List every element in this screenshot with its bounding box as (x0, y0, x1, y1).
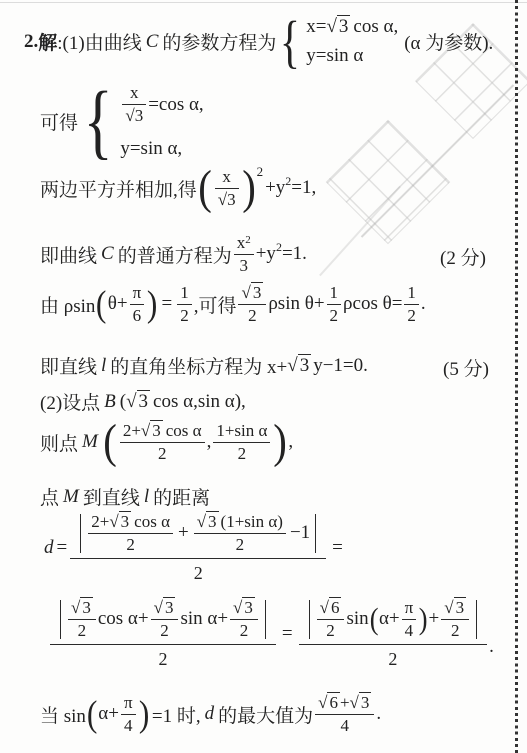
fraction: π4 (121, 694, 136, 735)
equation-x: x=√3cos α, (306, 16, 398, 38)
math-text: , (207, 431, 212, 453)
sqrt: √3 (197, 511, 219, 531)
radicand: 3 (135, 106, 144, 125)
paren: ) (147, 289, 157, 320)
math-text: 由 ρsin (40, 291, 95, 318)
var-d: d (205, 703, 215, 725)
derived-system: { x√3 =cos α, y=sin α, (78, 82, 204, 162)
math-text: =cos α, (148, 94, 204, 116)
radicand: 3 (359, 692, 372, 712)
numerator: π (402, 599, 417, 619)
superscript: 2 (285, 174, 291, 189)
radicand: 3 (137, 390, 151, 412)
math-text: = (57, 537, 68, 559)
fraction: π4 (402, 599, 417, 640)
sqrt: √6 (320, 597, 342, 617)
math-text: x (237, 233, 246, 252)
paren: ) (242, 168, 256, 209)
fraction: 12 (404, 284, 419, 325)
page-edge-dotted-line (515, 0, 518, 753)
math-text: ρsin θ+ (268, 293, 324, 315)
sqrt: √3 (444, 597, 466, 617)
math-text: . (489, 636, 494, 658)
sqrt-sign: √ (154, 598, 163, 617)
superscript: 2 (276, 240, 282, 255)
radicand: 3 (242, 597, 255, 617)
paren: ) (274, 422, 288, 463)
brace: { (84, 82, 113, 162)
math-text: (1+sin α) (221, 512, 283, 531)
abs-bar (476, 600, 477, 639)
denominator: 2 (88, 533, 173, 554)
parenthesized-expression: ( α+π4 ) (369, 599, 429, 640)
fraction: 2+√3cos α2 (120, 422, 205, 463)
radicand: 3 (206, 511, 219, 531)
abs-bar (309, 600, 310, 639)
numerator: √3 (238, 284, 266, 304)
line-point-b: (2)设点B(√3cos α,sin α), (40, 388, 246, 415)
numerator: 1 (404, 284, 419, 304)
var-B: B (104, 391, 116, 413)
fraction: x√3 (215, 168, 239, 209)
score-text: (5 分) (443, 354, 489, 381)
fraction: √62 (317, 599, 345, 640)
paren: ( (87, 699, 97, 730)
sqrt: √3 (126, 391, 150, 413)
absolute-value: √32 cos α+ √32 sin α+ √32 (55, 599, 271, 640)
radicand: 3 (119, 511, 132, 531)
line-problem-setup: 2.解:(1)由曲线C的参数方程为 { x=√3cos α, y=sin α (… (24, 14, 493, 69)
math-text: ,可得 (194, 291, 237, 318)
sqrt-sign: √ (109, 512, 118, 531)
math-text: . (376, 703, 381, 725)
numerator: √3 (68, 599, 96, 619)
fraction: √32 (230, 599, 258, 640)
paren: ( (103, 422, 117, 463)
radicand: 3 (454, 597, 467, 617)
sqrt-sign: √ (71, 598, 80, 617)
denominator: 2 (213, 442, 270, 463)
sqrt: √3 (233, 597, 255, 617)
var-M: M (82, 431, 98, 453)
sqrt: √3 (350, 692, 372, 712)
score-marker-5: (5 分) (443, 354, 489, 381)
var-l: l (101, 355, 106, 377)
fraction: √32 (68, 599, 96, 640)
denominator: 2 (50, 644, 276, 670)
line-derived-system: 可得 { x√3 =cos α, y=sin α, (40, 82, 204, 162)
denominator: 2 (299, 644, 488, 670)
sqrt-sign: √ (287, 355, 297, 376)
sqrt-sign: √ (326, 16, 336, 37)
fraction: 12 (177, 284, 192, 325)
math-text: +y (265, 177, 285, 199)
math-text: 的最大值为 (218, 701, 313, 728)
sqrt-sign: √ (218, 190, 227, 209)
math-text: 到直线 (83, 483, 140, 510)
sqrt: √6 (318, 692, 340, 712)
watermark-streak (361, 84, 514, 237)
math-text: = (161, 293, 172, 315)
sqrt-sign: √ (444, 598, 453, 617)
math-text: =1 时, (152, 701, 201, 728)
math-text: y−1=0. (313, 355, 368, 377)
math-text: cos α+ (98, 608, 149, 630)
math-text: + (178, 522, 189, 544)
coordinates: ( 2+√3cos α2 , 1+sin α2 ) (102, 422, 289, 463)
denominator: 2 (404, 304, 419, 325)
math-text: θ+ (108, 293, 128, 315)
equation-y: y=sin α (306, 45, 363, 67)
abs-bar (315, 514, 316, 553)
sqrt-sign: √ (350, 693, 359, 712)
numerator: √3 (441, 599, 469, 619)
denominator: 2 (177, 304, 192, 325)
radicand: 6 (327, 692, 340, 712)
paren: ( (369, 606, 378, 632)
line-standard-equation: 即曲线C的普通方程为 x23 +y2=1. (40, 234, 307, 275)
radicand: 3 (150, 420, 163, 440)
math-text: 当 sin (40, 701, 86, 728)
math-text: =1. (282, 243, 307, 265)
paren: ( (96, 289, 106, 320)
math-text: α+ (98, 703, 119, 725)
fraction: 1+sin α2 (213, 422, 270, 463)
numerator: x (122, 84, 146, 104)
math-text: 两边平方并相加,得 (40, 175, 197, 202)
math-text: +y (256, 243, 276, 265)
var-M: M (63, 486, 79, 508)
math-text: ρcos θ= (343, 293, 402, 315)
sqrt-sign: √ (197, 512, 206, 531)
math-text: 2+ (91, 512, 109, 531)
sqrt: √3 (71, 597, 93, 617)
sqrt: √3 (287, 355, 311, 377)
parenthesized-expression: ( α+π4 ) (86, 694, 150, 735)
abs-bar (80, 514, 81, 553)
numerator: 1 (327, 284, 342, 304)
parametric-system: { x=√3cos α, y=sin α (276, 14, 398, 69)
big-fraction: √62 sin ( α+π4 ) + √32 2 (299, 599, 488, 670)
superscript: 2 (245, 234, 251, 246)
math-text: :(1)由曲线 (57, 28, 141, 55)
sqrt: √3 (326, 15, 350, 37)
paren: ) (138, 699, 148, 730)
numerator: x2 (234, 234, 254, 254)
denominator: 4 (315, 714, 374, 735)
sqrt: √3 (141, 420, 163, 440)
denominator: 2 (151, 619, 179, 640)
fraction: 12 (327, 284, 342, 325)
denominator: 2 (441, 619, 469, 640)
problem-number: 2. (24, 31, 38, 53)
math-text: −1 (290, 522, 310, 544)
watermark-pattern (326, 120, 450, 244)
numerator: x (215, 168, 239, 188)
denominator: 4 (402, 619, 417, 640)
paren: ( (198, 168, 212, 209)
math-text: 可得 (40, 108, 78, 135)
math-text: 即直线 (40, 352, 97, 379)
math-text: cos α, (353, 16, 398, 37)
superscript: 2 (257, 164, 264, 180)
fraction: x√3 (122, 84, 146, 125)
denominator: 2 (70, 558, 326, 584)
fraction: √3(1+sin α)2 (194, 513, 286, 554)
math-text: 即曲线 (40, 241, 97, 268)
abs-bar (265, 600, 266, 639)
scan-edge-line (0, 2, 527, 3)
math-text: , (288, 431, 293, 453)
var-l: l (144, 486, 149, 508)
math-text: x= (306, 16, 326, 37)
denominator: 4 (121, 714, 136, 735)
denominator: 2 (327, 304, 342, 325)
fraction: 2+√3cos α2 (88, 513, 173, 554)
sqrt: √3 (241, 282, 263, 302)
math-text: 的普通方程为 (118, 241, 232, 268)
line-polar-expansion: 由 ρsin ( θ+π6 ) = 12 ,可得 √32 ρsin θ+ 12 … (40, 284, 426, 325)
math-text: cos α (134, 512, 170, 531)
radicand: 3 (80, 597, 93, 617)
radicand: 3 (227, 190, 236, 209)
math-text: + (340, 693, 350, 712)
absolute-value: 2+√3cos α2 + √3(1+sin α)2 −1 (75, 513, 321, 554)
var-C: C (146, 31, 159, 53)
math-text: 点 (40, 483, 59, 510)
fraction: √32 (441, 599, 469, 640)
math-text: + (429, 608, 440, 630)
numerator: √3(1+sin α) (194, 513, 286, 533)
math-text: (2)设点 (40, 388, 100, 415)
paren: ) (419, 606, 428, 632)
equation-x: x√3 =cos α, (120, 84, 203, 125)
numerator: π (121, 694, 136, 714)
math-text: 的参数方程为 (162, 28, 276, 55)
denominator: 2 (238, 304, 266, 325)
math-text: =1, (291, 177, 316, 199)
fraction: √32 (238, 284, 266, 325)
math-text: 的距离 (153, 483, 210, 510)
denominator: 2 (317, 619, 345, 640)
sqrt-sign: √ (320, 598, 329, 617)
math-text: = (282, 623, 293, 645)
line-point-m: 则点M ( 2+√3cos α2 , 1+sin α2 ) , (40, 422, 293, 463)
parenthesized-expression: ( θ+π6 ) (95, 284, 158, 325)
numerator: 2+√3cos α (120, 422, 205, 442)
sqrt-sign: √ (126, 391, 136, 412)
denominator: 2 (120, 442, 205, 463)
score-text: (2 分) (440, 243, 486, 270)
radicand: 3 (337, 15, 351, 37)
denominator: 2 (230, 619, 258, 640)
math-text: . (421, 293, 426, 315)
math-text: sin (346, 608, 368, 630)
math-text: α+ (379, 608, 400, 630)
denominator: √3 (122, 104, 146, 125)
numerator: π (130, 284, 145, 304)
denominator: 3 (234, 254, 254, 275)
denominator: 2 (194, 533, 286, 554)
numerator: √3 (151, 599, 179, 619)
math-text: 的直角坐标方程为 x+ (110, 352, 287, 379)
sqrt-sign: √ (233, 598, 242, 617)
line-maximum-value: 当 sin ( α+π4 ) =1 时,d的最大值为 √6+√34 . (40, 694, 381, 735)
abs-bar (60, 600, 61, 639)
fraction: √32 (151, 599, 179, 640)
watermark-streak (319, 186, 401, 277)
line-distance-simplified: √32 cos α+ √32 sin α+ √32 2 = √62 (50, 599, 494, 670)
equation-y: y=sin α, (120, 138, 182, 160)
numerator: 1+sin α (213, 422, 270, 442)
radicand: 3 (251, 282, 264, 302)
numerator: √3 (230, 599, 258, 619)
denominator: 6 (130, 304, 145, 325)
line-square-and-add: 两边平方并相加,得 ( x√3 ) 2 +y2=1, (40, 168, 316, 209)
fraction: √6+√34 (315, 694, 374, 735)
line-distance-intro: 点M到直线l的距离 (40, 483, 210, 510)
score-marker-2: (2 分) (440, 243, 486, 270)
sqrt: √3 (154, 597, 176, 617)
numerator: √6 (317, 599, 345, 619)
denominator: 2 (68, 619, 96, 640)
numerator: √6+√3 (315, 694, 374, 714)
solution-label: 解 (38, 28, 57, 55)
var-d: d (44, 537, 54, 559)
absolute-value: √62 sin ( α+π4 ) + √32 (304, 599, 483, 640)
math-text: 则点 (40, 429, 78, 456)
sqrt-sign: √ (241, 283, 250, 302)
math-text: cos α,sin α), (153, 391, 246, 413)
solution-document: 2.解:(1)由曲线C的参数方程为 { x=√3cos α, y=sin α (… (0, 0, 527, 753)
parenthesized-fraction: ( x√3 ) (197, 168, 257, 209)
var-C: C (101, 243, 114, 265)
math-text: sin α+ (180, 608, 228, 630)
fraction: π6 (130, 284, 145, 325)
math-text: 2+ (123, 421, 141, 440)
line-rectangular-equation: 即直线l的直角坐标方程为 x+√3y−1=0. (40, 352, 368, 379)
fraction: x23 (234, 234, 254, 275)
denominator: √3 (215, 188, 239, 209)
radicand: 6 (329, 597, 342, 617)
big-fraction: 2+√3cos α2 + √3(1+sin α)2 −1 2 (70, 513, 326, 584)
radicand: 3 (298, 354, 312, 376)
sqrt: √3 (109, 511, 131, 531)
numerator: 2+√3cos α (88, 513, 173, 533)
brace: { (280, 14, 300, 69)
sqrt-sign: √ (141, 421, 150, 440)
sqrt-sign: √ (125, 106, 134, 125)
numerator: 1 (177, 284, 192, 304)
math-text: = (332, 537, 343, 559)
radicand: 3 (163, 597, 176, 617)
math-text: cos α (166, 421, 202, 440)
line-distance-formula: d= 2+√3cos α2 + √3(1+sin α)2 −1 2 = (44, 513, 343, 584)
big-fraction: √32 cos α+ √32 sin α+ √32 2 (50, 599, 276, 670)
parameter-note: (α 为参数). (404, 28, 493, 55)
